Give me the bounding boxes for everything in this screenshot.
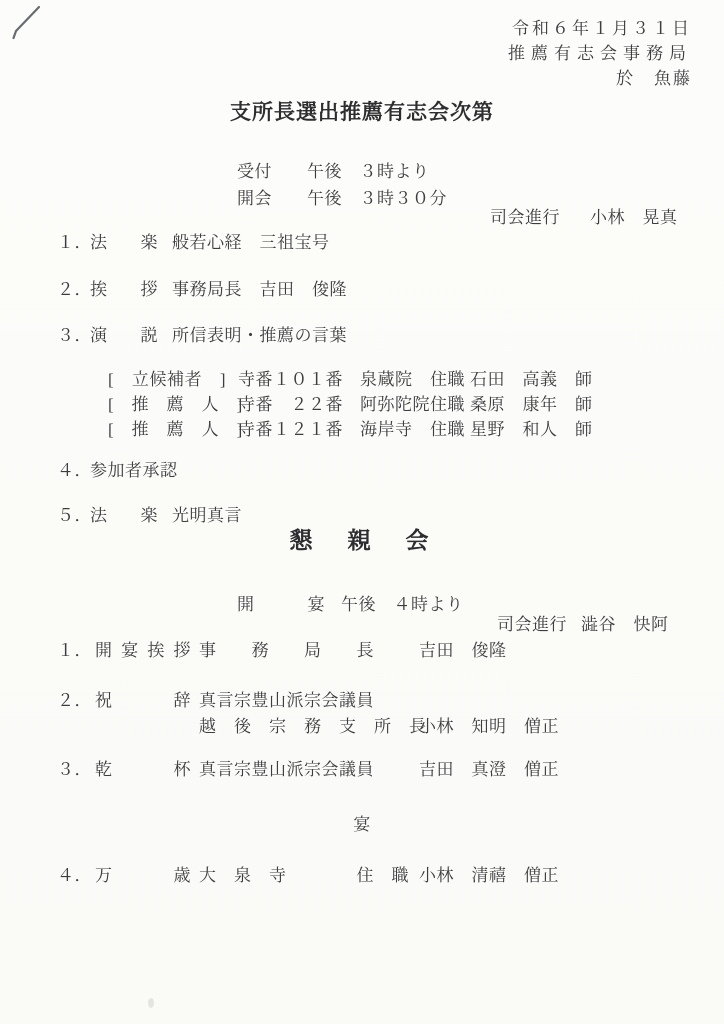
party-item-2: ２． 祝 辞 真言宗豊山派宗会議員 [57,686,419,711]
mc-label: 司会進行 [490,203,560,228]
person-name: 小林 清禧 僧正 [419,861,559,886]
speaker-role: 越 後 宗 務 支 所 長 [199,712,419,737]
mc-name: 澁谷 快阿 [581,610,669,635]
agenda-item-2: ２． 挨 拶 事務局長 吉田 俊隆 [57,275,347,300]
person-name: 吉田 真澄 僧正 [419,755,559,780]
party-open-row: 開 宴 午後 ４時より [237,590,464,615]
item-label: 挨 拶 [90,275,158,300]
speaker-role: 真言宗豊山派宗会議員 [199,755,419,780]
candidate-role: [ 立候補者 ] [108,365,226,390]
temple-number: 寺番１０１番 [238,365,360,390]
party-open-time: 午後 ４時より [341,590,464,615]
scanned-document-page: 令和６年１月３１日 推薦有志会事務局 於 魚藤 支所長選出推薦有志会次第 受付 … [0,0,724,1024]
person-name: 星野 和人 師 [470,415,593,440]
item-detail: 所信表明・推薦の言葉 [172,321,347,346]
scan-smudge [148,998,154,1008]
party-item-1: １． 開宴挨拶 事 務 局 長 吉田 俊隆 [57,636,507,661]
party-item-2-line-2: 越 後 宗 務 支 所 長 小林 知明 僧正 [57,712,559,737]
mc-row-party: 司会進行 澁谷 快阿 [497,610,669,635]
item-number: ２． [57,686,95,711]
item-label: 開宴挨拶 [95,636,191,661]
temple-number: 寺番１２１番 [238,415,360,440]
item-number: ２． [57,275,90,300]
party-item-4: ４． 万 歳 大 泉 寺 住 職 小林 清禧 僧正 [57,861,559,886]
venue-note: 於 魚藤 [508,66,692,91]
temple-number: 寺番 ２２番 [238,390,360,415]
reception-row: 受付 午後 ３時より [237,157,430,182]
person-name: 桑原 康年 師 [470,390,593,415]
mc-name: 小林 晃真 [590,203,678,228]
handwritten-check-mark [0,0,60,45]
opening-label: 開会 [237,184,307,209]
person-name: 小林 知明 僧正 [419,712,559,737]
agenda-item-3: ３． 演 説 所信表明・推薦の言葉 [57,321,347,346]
item-number: ３． [57,755,95,780]
person-name: 吉田 俊隆 [419,636,507,661]
candidate-role: [ 推 薦 人 ] [108,415,226,440]
temple-and-position: 泉蔵院 住職 [360,365,470,390]
issuing-office: 推薦有志会事務局 [508,41,692,66]
item-number: ３． [57,321,90,346]
temple-and-position: 阿弥陀院住職 [360,390,470,415]
reception-time: 午後 ３時より [307,157,430,182]
item-label: 祝 辞 [95,686,191,711]
item-label: 万 歳 [95,861,191,886]
party-section-title: 懇 親 会 [0,522,724,555]
party-open-label: 開 宴 [237,590,325,615]
temple-and-position: 海岸寺 住職 [360,415,470,440]
person-name: 石田 高義 師 [470,365,593,390]
item-number: ４． [57,861,95,886]
recommender-row: [ 推 薦 人 ] 寺番１２１番 海岸寺 住職 星野 和人 師 [108,415,593,440]
candidate-row: [ 立候補者 ] 寺番１０１番 泉蔵院 住職 石田 高義 師 [108,365,593,390]
page-title: 支所長選出推薦有志会次第 [0,96,724,126]
document-date: 令和６年１月３１日 [508,16,692,41]
speaker-role: 真言宗豊山派宗会議員 [199,686,419,711]
item-detail: 事務局長 吉田 俊隆 [172,275,347,300]
party-item-3: ３． 乾 杯 真言宗豊山派宗会議員 吉田 真澄 僧正 [57,755,559,780]
agenda-item-4: ４． 参加者承認 [57,456,192,481]
item-detail: 般若心経 三祖宝号 [172,228,330,253]
opening-time: 午後 ３時３０分 [307,184,447,209]
candidate-role: [ 推 薦 人 ] [108,390,226,415]
item-number: ４． [57,456,90,481]
agenda-item-1: １． 法 楽 般若心経 三祖宝号 [57,228,330,253]
item-number: １． [57,228,90,253]
item-label: 参加者承認 [90,456,178,481]
banquet-label: 宴 [0,810,724,835]
mc-row-ceremony: 司会進行 小林 晃真 [490,203,678,228]
recommender-row: [ 推 薦 人 ] 寺番 ２２番 阿弥陀院住職 桑原 康年 師 [108,390,593,415]
item-number: １． [57,636,95,661]
speaker-role: 大 泉 寺 住 職 [199,861,419,886]
speaker-role: 事 務 局 長 [199,636,419,661]
reception-label: 受付 [237,157,307,182]
item-label: 法 楽 [90,228,158,253]
item-label: 乾 杯 [95,755,191,780]
document-header: 令和６年１月３１日 推薦有志会事務局 於 魚藤 [508,16,692,91]
mc-label: 司会進行 [497,610,567,635]
opening-row: 開会 午後 ３時３０分 [237,184,447,209]
item-label: 演 説 [90,321,158,346]
